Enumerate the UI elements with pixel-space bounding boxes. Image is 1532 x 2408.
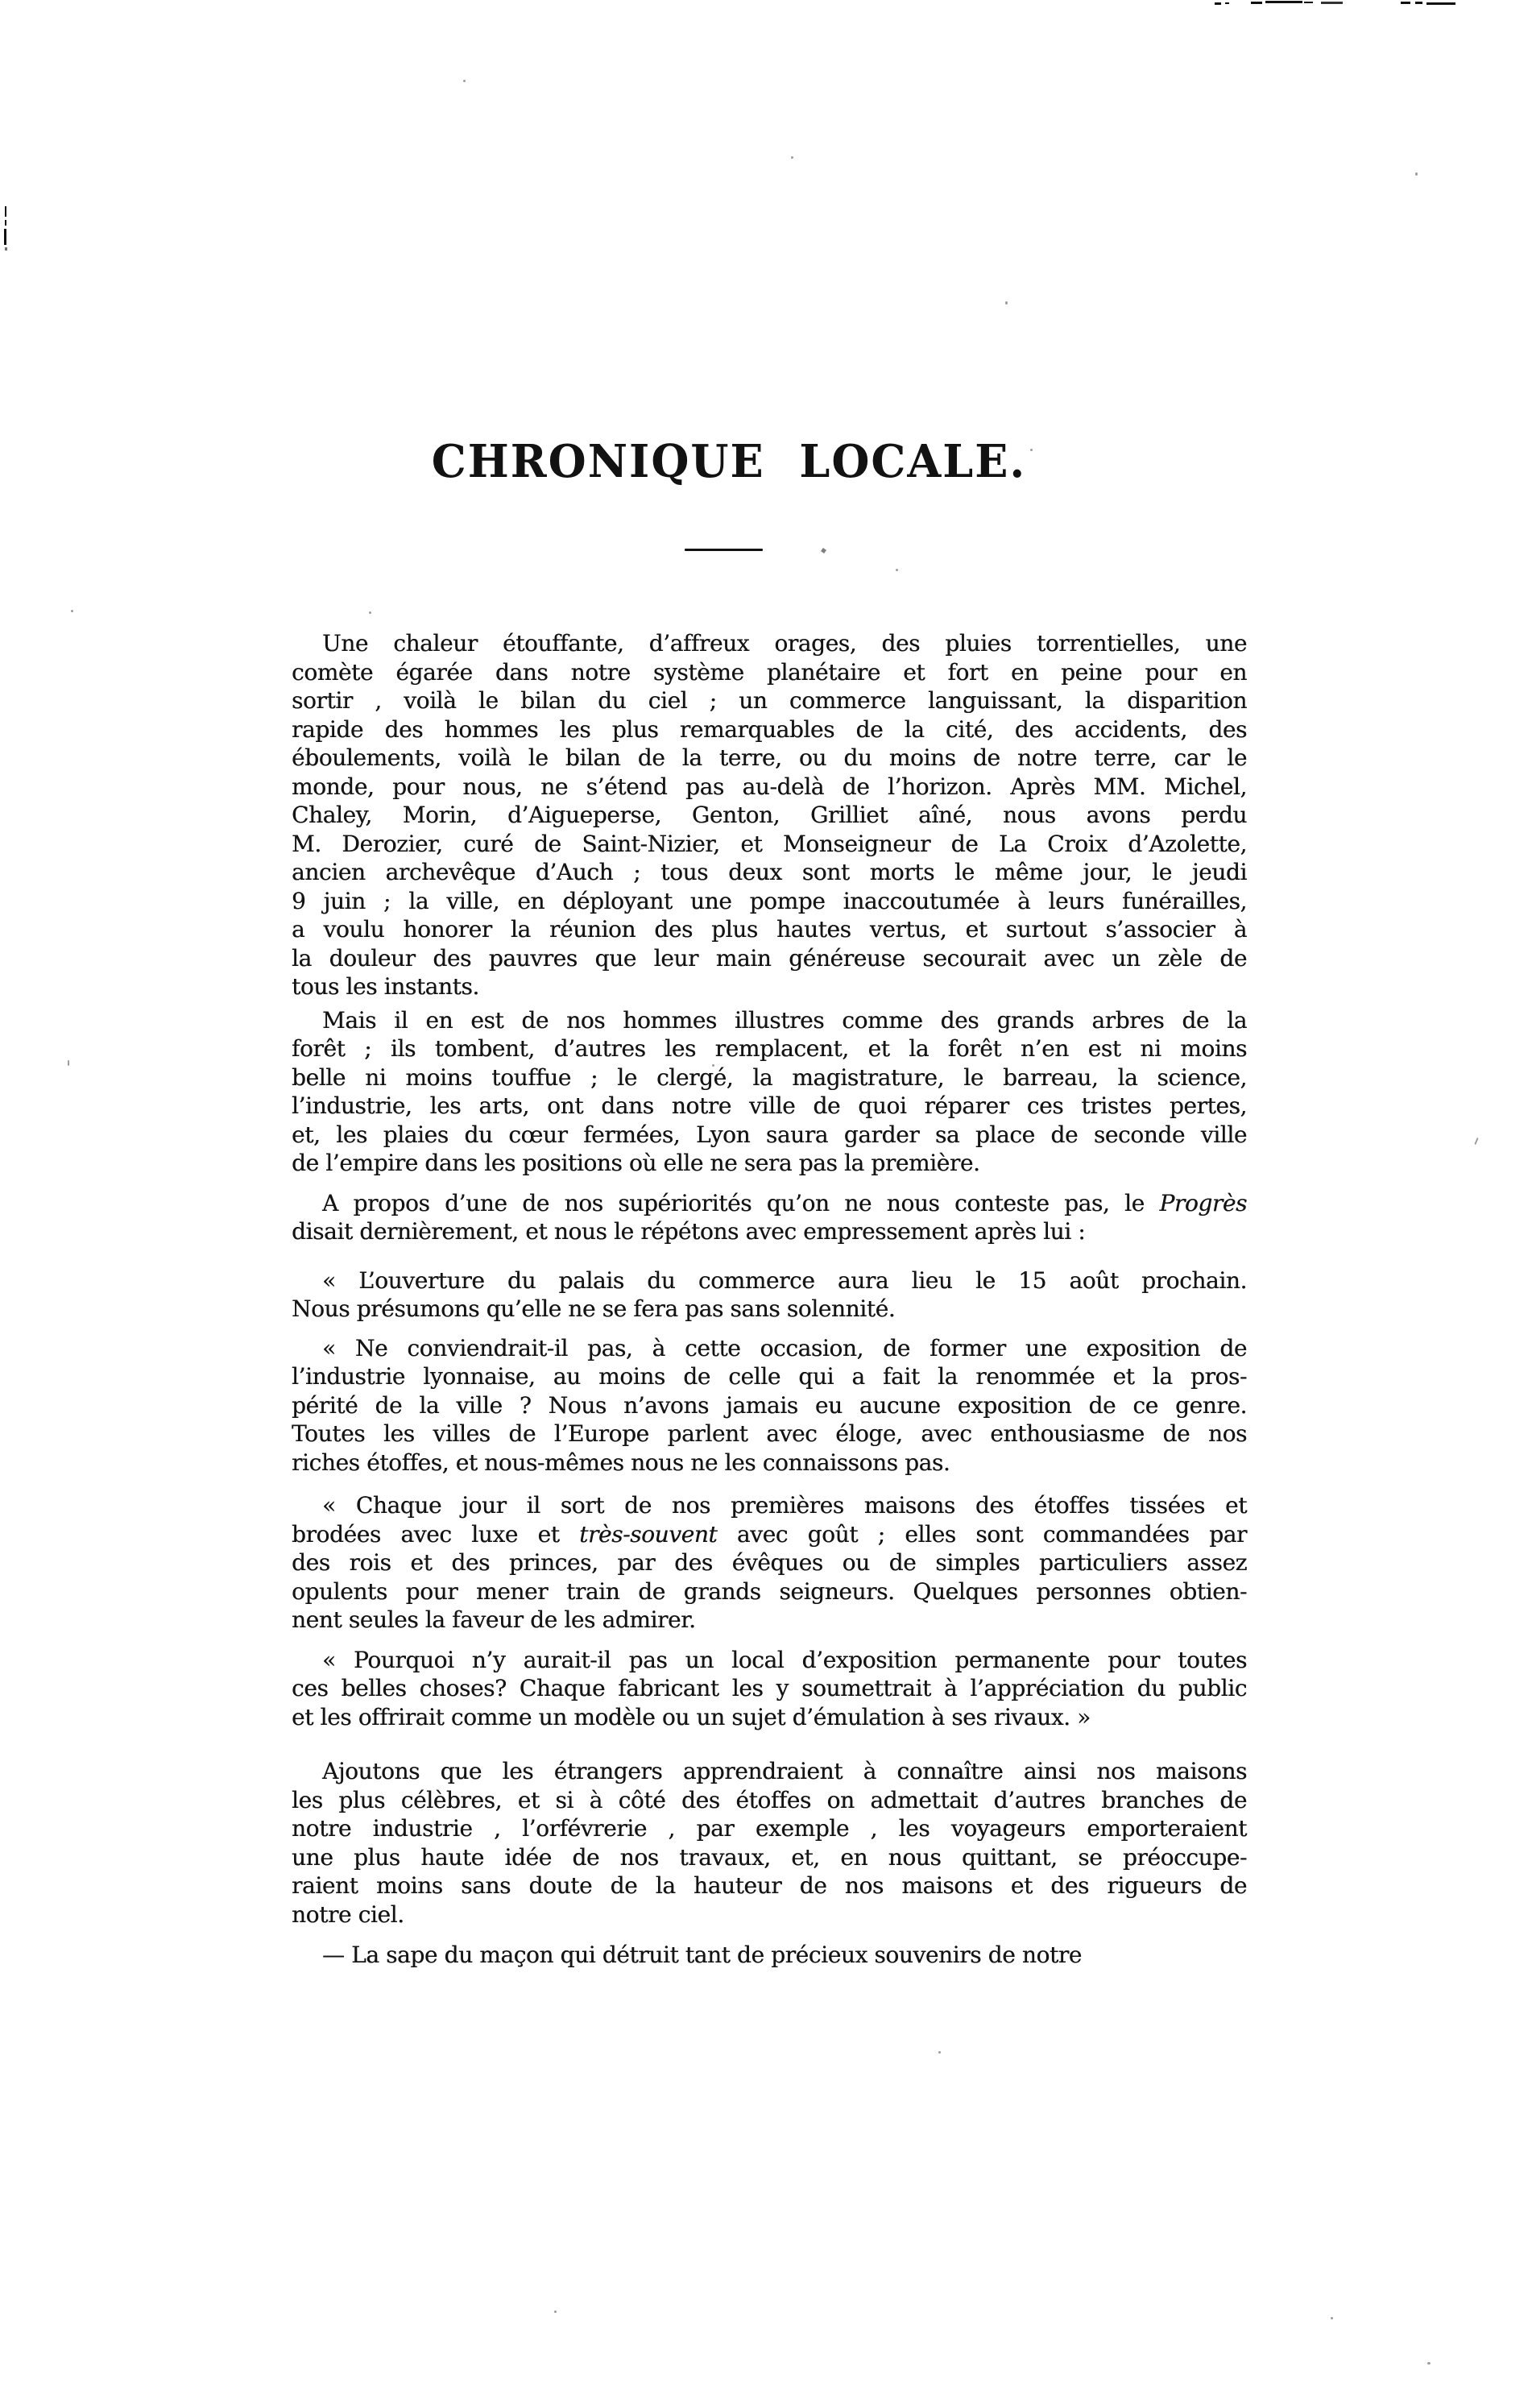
- text-line: éboulements, voilà le bilan de la terre,…: [292, 744, 1247, 773]
- text-segment: opulents pour mener train de grands seig…: [292, 1578, 1247, 1605]
- scan-speck: [896, 569, 898, 571]
- scan-speck: [1005, 301, 1008, 305]
- text-line: « Chaque jour il sort de nos premières m…: [292, 1491, 1247, 1520]
- text-line: sortir , voilà le bilan du ciel ; un com…: [292, 686, 1247, 715]
- text-segment: brodées avec luxe et: [292, 1521, 579, 1548]
- text-segment: A propos d’une de nos supériorités qu’on…: [322, 1190, 1159, 1216]
- text-segment: l’industrie lyonnaise, au moins de celle…: [292, 1363, 1247, 1390]
- text-segment: avec goût ; elles sont commandées par: [717, 1521, 1247, 1548]
- text-segment: « Pourquoi n’y aurait-il pas un local d’…: [322, 1647, 1247, 1673]
- paragraph: « Pourquoi n’y aurait-il pas un local d’…: [292, 1646, 1247, 1732]
- text-segment: comète égarée dans notre système planéta…: [292, 659, 1247, 686]
- text-segment: 9 juin ; la ville, en déployant une pomp…: [292, 888, 1247, 914]
- text-line: riches étoffes, et nous-mêmes nous ne le…: [292, 1449, 1247, 1478]
- italic-text: très-souvent: [579, 1521, 717, 1548]
- paragraph: « Ne conviendrait-il pas, à cette occasi…: [292, 1334, 1247, 1478]
- scan-speck: [1415, 172, 1418, 176]
- text-segment: disait dernièrement, et nous le répétons…: [292, 1218, 1085, 1245]
- scan-artifact: [1426, 2, 1455, 5]
- scan-artifact: [1265, 1, 1302, 3]
- scanned-newspaper-page: { "article": { "title": "CHRONIQUE LOCAL…: [0, 0, 1532, 2408]
- scan-artifact: [1321, 2, 1343, 4]
- paragraph: Une chaleur étouffante, d’affreux orages…: [292, 629, 1247, 1001]
- text-line: « L’ouverture du palais du commerce aura…: [292, 1266, 1247, 1295]
- text-line: tous les instants.: [292, 972, 1247, 1001]
- text-segment: des rois et des princes, par des évêques…: [292, 1549, 1247, 1576]
- scan-artifact: [5, 247, 7, 251]
- text-segment: de l’empire dans les positions où elle n…: [292, 1150, 980, 1176]
- text-line: « Pourquoi n’y aurait-il pas un local d’…: [292, 1646, 1247, 1675]
- title-separator-rule: [685, 549, 763, 551]
- text-segment: notre industrie , l’orfévrerie , par exe…: [292, 1815, 1247, 1842]
- paragraph: Mais il en est de nos hommes illustres c…: [292, 1006, 1247, 1178]
- text-segment: une plus haute idée de nos travaux, et, …: [292, 1844, 1247, 1871]
- text-segment: M. Derozier, curé de Saint-Nizier, et Mo…: [292, 831, 1247, 857]
- text-segment: éboulements, voilà le bilan de la terre,…: [292, 744, 1247, 771]
- text-line: A propos d’une de nos supériorités qu’on…: [292, 1189, 1247, 1218]
- text-line: notre industrie , l’orfévrerie , par exe…: [292, 1814, 1247, 1843]
- text-line: a voulu honorer la réunion des plus haut…: [292, 915, 1247, 944]
- text-segment: périté de la ville ? Nous n’avons jamais…: [292, 1392, 1247, 1419]
- text-line: 9 juin ; la ville, en déployant une pomp…: [292, 887, 1247, 916]
- text-segment: « Chaque jour il sort de nos premières m…: [322, 1492, 1247, 1519]
- text-line: Une chaleur étouffante, d’affreux orages…: [292, 629, 1247, 658]
- italic-text: Progrès: [1159, 1190, 1247, 1216]
- text-line: et les offrirait comme un modèle ou un s…: [292, 1703, 1247, 1732]
- text-segment: Ajoutons que les étrangers apprendraient…: [322, 1758, 1247, 1784]
- text-line: « Ne conviendrait-il pas, à cette occasi…: [292, 1334, 1247, 1363]
- text-line: raient moins sans doute de la hauteur de…: [292, 1871, 1247, 1900]
- text-segment: belle ni moins touffue ; le clergé, la m…: [292, 1064, 1247, 1091]
- text-segment: riches étoffes, et nous-mêmes nous ne le…: [292, 1449, 950, 1476]
- text-line: brodées avec luxe et très-souvent avec g…: [292, 1520, 1247, 1549]
- paragraph: Ajoutons que les étrangers apprendraient…: [292, 1757, 1247, 1929]
- text-segment: ancien archevêque d’Auch ; tous deux son…: [292, 859, 1247, 885]
- text-segment: « Ne conviendrait-il pas, à cette occasi…: [322, 1335, 1247, 1361]
- text-line: — La sape du maçon qui détruit tant de p…: [292, 1941, 1247, 1970]
- scan-speck: [1474, 1138, 1478, 1145]
- scan-artifact: [1415, 2, 1422, 4]
- text-segment: Mais il en est de nos hommes illustres c…: [322, 1007, 1247, 1034]
- text-line: monde, pour nous, ne s’étend pas au-delà…: [292, 773, 1247, 802]
- text-line: les plus célèbres, et si à côté des étof…: [292, 1786, 1247, 1815]
- text-segment: sortir , voilà le bilan du ciel ; un com…: [292, 687, 1247, 714]
- scan-speck: [68, 1060, 69, 1066]
- text-line: et, les plaies du cœur fermées, Lyon sau…: [292, 1121, 1247, 1150]
- paragraph: — La sape du maçon qui détruit tant de p…: [292, 1941, 1247, 1970]
- text-segment: tous les instants.: [292, 973, 479, 1000]
- scan-speck: [463, 80, 466, 82]
- scan-speck: [938, 2051, 941, 2054]
- text-segment: — La sape du maçon qui détruit tant de p…: [322, 1942, 1082, 1968]
- text-segment: monde, pour nous, ne s’étend pas au-delà…: [292, 773, 1247, 800]
- scan-artifact: [1401, 2, 1410, 4]
- text-line: M. Derozier, curé de Saint-Nizier, et Mo…: [292, 830, 1247, 859]
- text-line: une plus haute idée de nos travaux, et, …: [292, 1843, 1247, 1872]
- scan-speck: [554, 2311, 557, 2313]
- text-line: Mais il en est de nos hommes illustres c…: [292, 1006, 1247, 1035]
- text-segment: forêt ; ils tombent, d’autres les rempla…: [292, 1035, 1247, 1062]
- text-segment: et, les plaies du cœur fermées, Lyon sau…: [292, 1121, 1247, 1148]
- scan-artifact: [1304, 2, 1313, 3]
- text-segment: « L’ouverture du palais du commerce aura…: [322, 1267, 1247, 1294]
- scan-artifact: [5, 220, 6, 226]
- scan-speck: [71, 610, 73, 612]
- text-segment: et les offrirait comme un modèle ou un s…: [292, 1704, 1091, 1730]
- text-segment: Une chaleur étouffante, d’affreux orages…: [322, 630, 1247, 657]
- text-line: l’industrie, les arts, ont dans notre vi…: [292, 1092, 1247, 1121]
- scan-speck: [791, 156, 793, 159]
- text-segment: a voulu honorer la réunion des plus haut…: [292, 916, 1247, 943]
- article-title: CHRONIQUE LOCALE.: [322, 432, 1136, 491]
- text-segment: Nous présumons qu’elle ne se fera pas sa…: [292, 1295, 895, 1322]
- text-line: Chaley, Morin, d’Aigueperse, Genton, Gri…: [292, 801, 1247, 830]
- text-line: notre ciel.: [292, 1900, 1247, 1929]
- scan-speck: [821, 548, 826, 553]
- paragraph: « Chaque jour il sort de nos premières m…: [292, 1491, 1247, 1635]
- scan-speck: [1331, 2317, 1333, 2319]
- text-line: l’industrie lyonnaise, au moins de celle…: [292, 1362, 1247, 1391]
- text-line: la douleur des pauvres que leur main gén…: [292, 944, 1247, 973]
- text-segment: les plus célèbres, et si à côté des étof…: [292, 1787, 1247, 1813]
- article-body: Une chaleur étouffante, d’affreux orages…: [292, 629, 1247, 1970]
- text-line: périté de la ville ? Nous n’avons jamais…: [292, 1391, 1247, 1420]
- text-line: ancien archevêque d’Auch ; tous deux son…: [292, 858, 1247, 887]
- text-segment: Toutes les villes de l’Europe parlent av…: [292, 1420, 1247, 1447]
- text-line: comète égarée dans notre système planéta…: [292, 658, 1247, 687]
- paragraph: « L’ouverture du palais du commerce aura…: [292, 1266, 1247, 1324]
- text-line: belle ni moins touffue ; le clergé, la m…: [292, 1063, 1247, 1092]
- paragraph: A propos d’une de nos supériorités qu’on…: [292, 1189, 1247, 1246]
- scan-speck: [369, 611, 371, 614]
- text-segment: rapide des hommes les plus remarquables …: [292, 716, 1247, 743]
- text-line: Nous présumons qu’elle ne se fera pas sa…: [292, 1295, 1247, 1324]
- text-segment: raient moins sans doute de la hauteur de…: [292, 1872, 1247, 1899]
- scan-artifact: [1215, 2, 1221, 5]
- text-segment: la douleur des pauvres que leur main gén…: [292, 945, 1247, 972]
- text-segment: l’industrie, les arts, ont dans notre vi…: [292, 1092, 1247, 1119]
- scan-artifact: [1225, 2, 1229, 4]
- scan-artifact: [1251, 2, 1262, 4]
- scan-speck: [1427, 2362, 1431, 2364]
- text-line: disait dernièrement, et nous le répétons…: [292, 1217, 1247, 1246]
- scan-artifact: [5, 206, 6, 217]
- text-line: Ajoutons que les étrangers apprendraient…: [292, 1757, 1247, 1786]
- text-line: ces belles choses? Chaque fabricant les …: [292, 1674, 1247, 1703]
- scan-artifact: [4, 229, 6, 245]
- text-line: de l’empire dans les positions où elle n…: [292, 1149, 1247, 1178]
- text-line: forêt ; ils tombent, d’autres les rempla…: [292, 1034, 1247, 1063]
- text-segment: notre ciel.: [292, 1901, 404, 1928]
- text-segment: ces belles choses? Chaque fabricant les …: [292, 1675, 1247, 1701]
- text-line: des rois et des princes, par des évêques…: [292, 1548, 1247, 1577]
- text-line: nent seules la faveur de les admirer.: [292, 1606, 1247, 1635]
- text-segment: nent seules la faveur de les admirer.: [292, 1606, 696, 1633]
- text-line: opulents pour mener train de grands seig…: [292, 1577, 1247, 1606]
- text-line: rapide des hommes les plus remarquables …: [292, 715, 1247, 744]
- text-line: Toutes les villes de l’Europe parlent av…: [292, 1420, 1247, 1449]
- text-segment: Chaley, Morin, d’Aigueperse, Genton, Gri…: [292, 802, 1247, 828]
